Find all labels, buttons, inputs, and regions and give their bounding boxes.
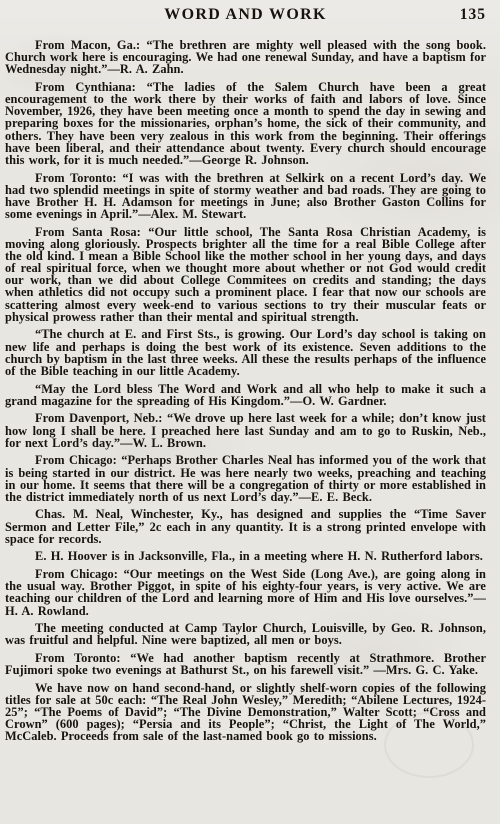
page-number: 135	[460, 6, 486, 24]
paragraph-letter-file: Chas. M. Neal, Winchester, Ky., has desi…	[5, 508, 486, 544]
page-header: WORD AND WORK 135	[5, 6, 486, 24]
paragraph-toronto-strathmore: From Toronto: “We had another baptism re…	[5, 652, 486, 676]
paragraph-chicago-west-side: From Chicago: “Our meetings on the West …	[5, 568, 486, 617]
paragraph-camp-taylor: The meeting conducted at Camp Taylor Chu…	[5, 622, 486, 646]
paragraph-church-first-sts: “The church at E. and First Sts., is gro…	[5, 328, 486, 377]
paragraph-santa-rosa: From Santa Rosa: “Our little school, The…	[5, 226, 486, 323]
scanned-page: WORD AND WORK 135 From Macon, Ga.: “The …	[0, 0, 500, 824]
page-title: WORD AND WORK	[164, 6, 326, 24]
paragraph-books-for-sale: We have now on hand second-hand, or slig…	[5, 682, 486, 743]
paragraph-davenport: From Davenport, Neb.: “We drove up here …	[5, 412, 486, 448]
page-body: From Macon, Ga.: “The brethren are might…	[5, 39, 486, 743]
paragraph-chicago-neal: From Chicago: “Perhaps Brother Charles N…	[5, 454, 486, 503]
paragraph-toronto-selkirk: From Toronto: “I was with the brethren a…	[5, 172, 486, 221]
paragraph-macon: From Macon, Ga.: “The brethren are might…	[5, 39, 486, 75]
paragraph-hoover: E. H. Hoover is in Jacksonville, Fla., i…	[5, 550, 486, 562]
paragraph-gardner-blessing: “May the Lord bless The Word and Work an…	[5, 383, 486, 407]
paragraph-cynthiana: From Cynthiana: “The ladies of the Salem…	[5, 81, 486, 166]
